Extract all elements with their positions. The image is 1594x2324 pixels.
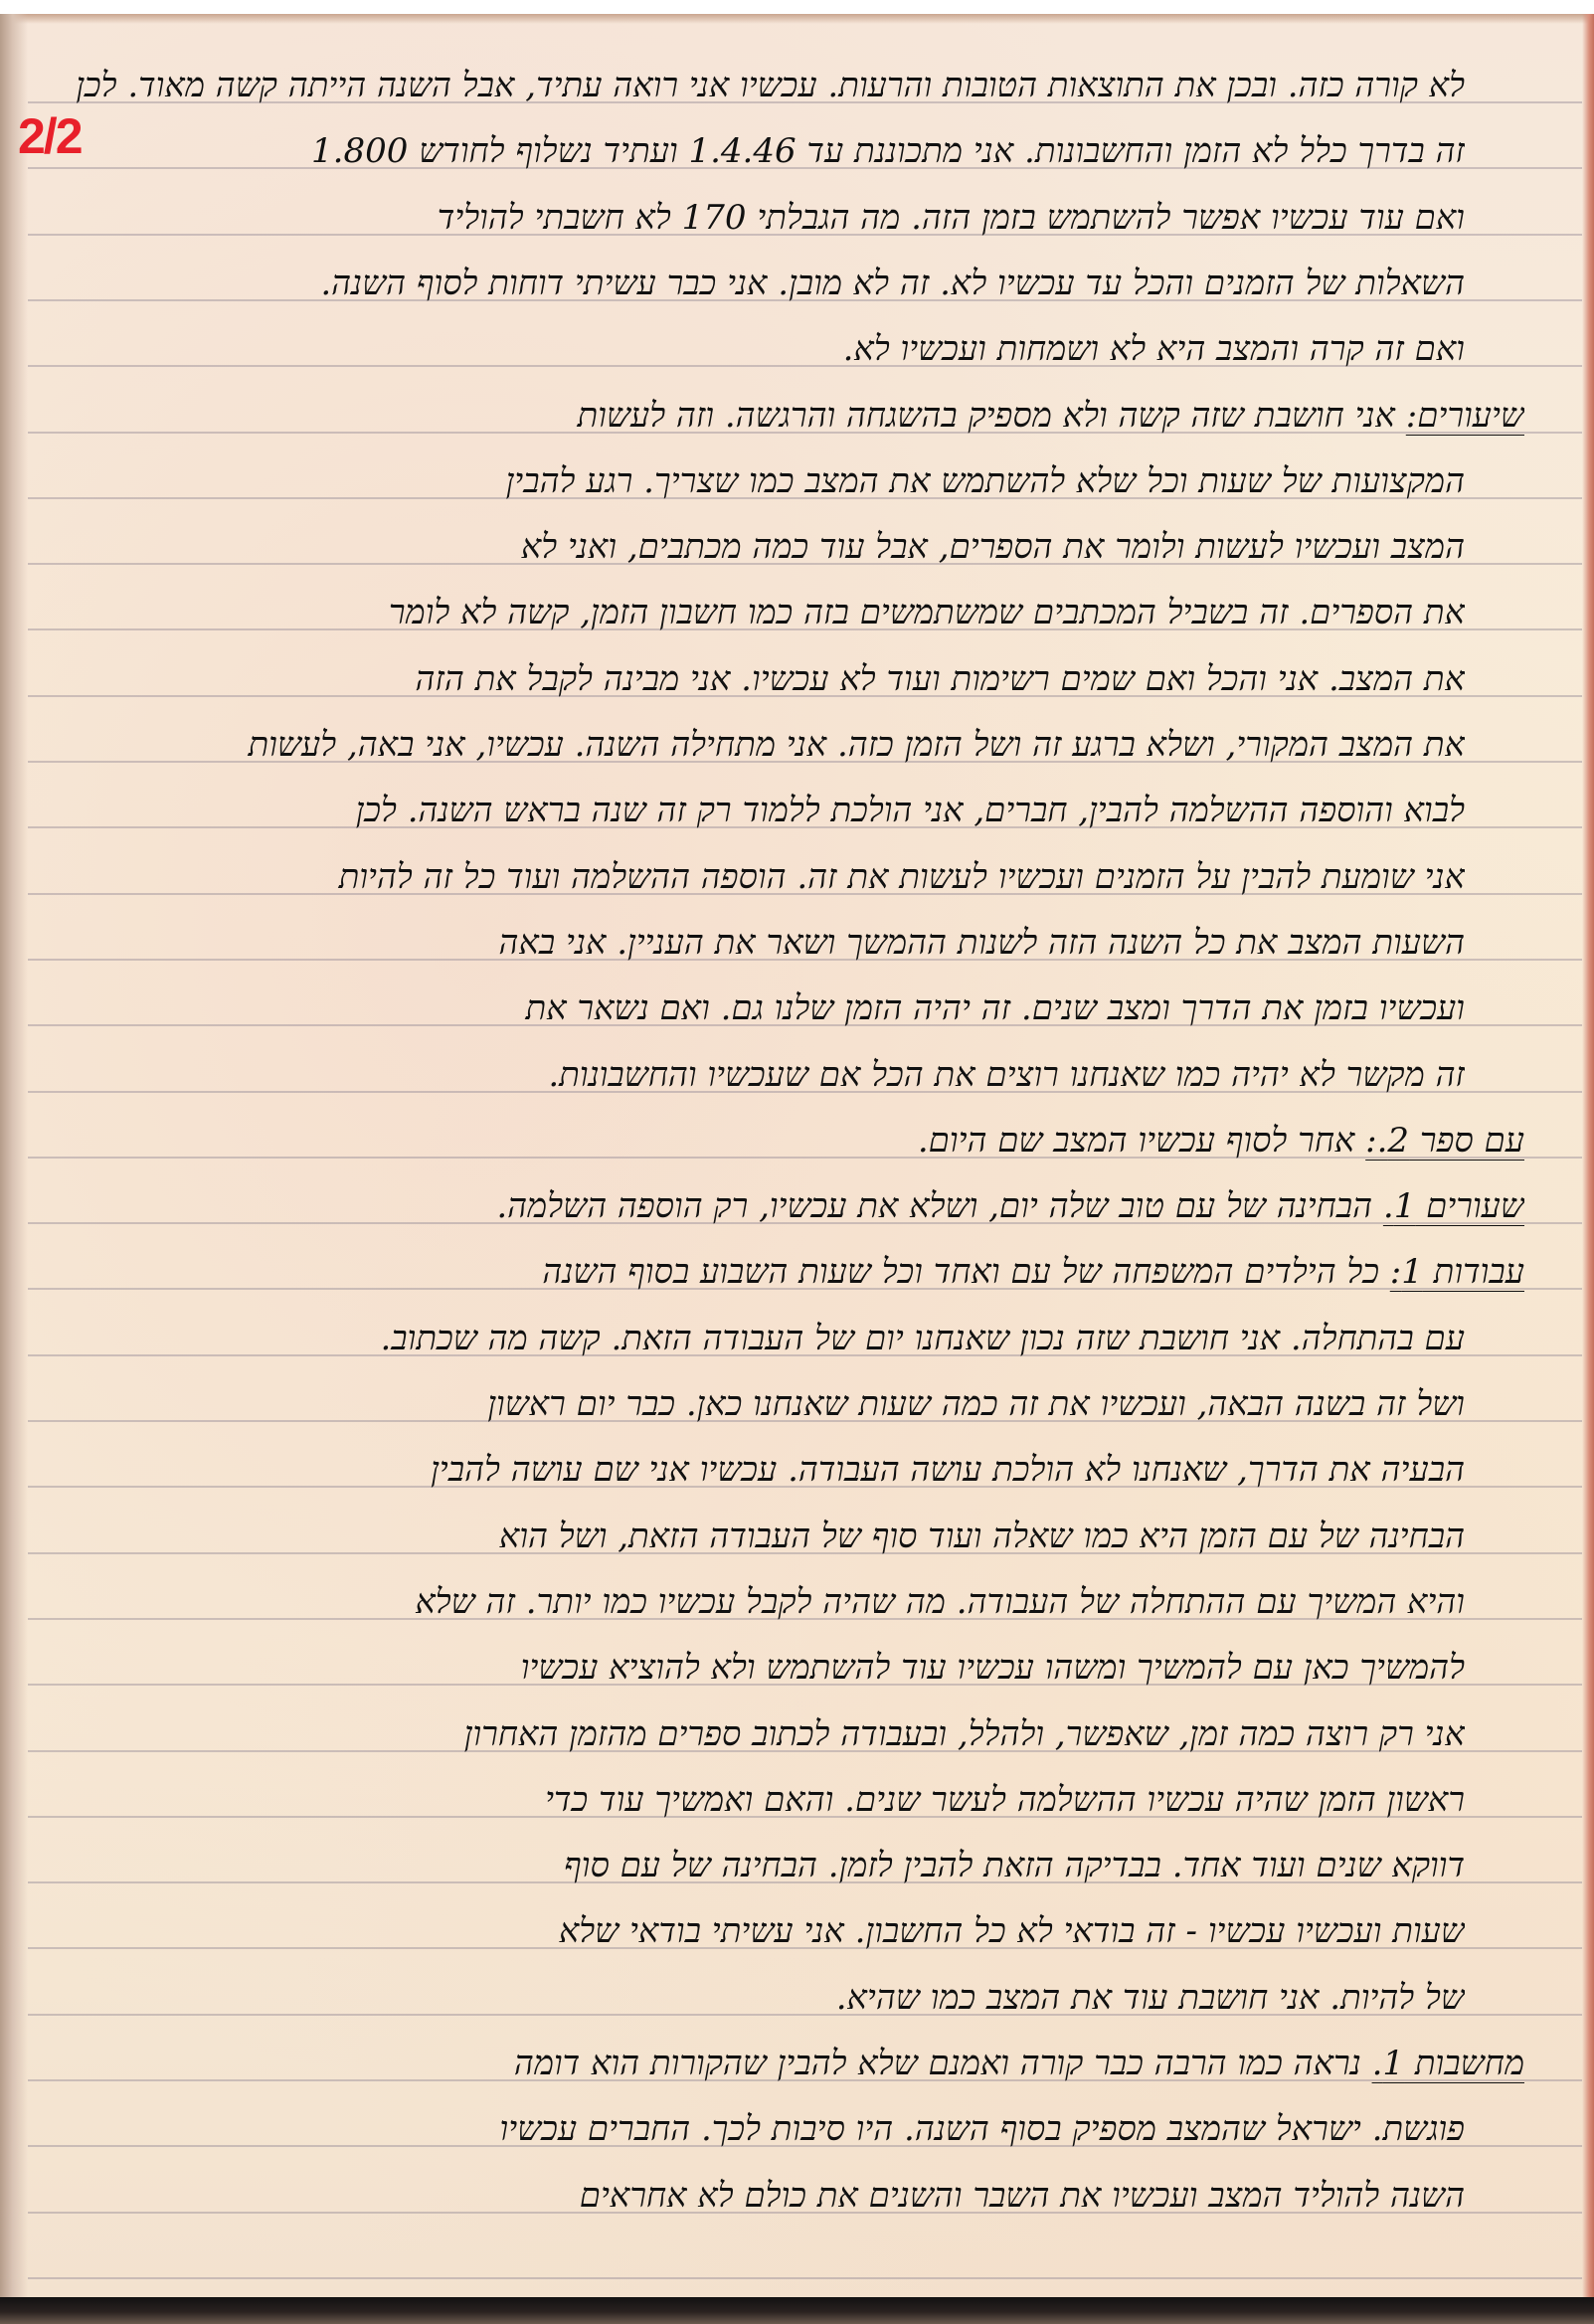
line-text: לבוא והוספה ההשלמה להבין, חברים, אני הול… <box>356 791 1465 830</box>
line-text: והיא המשיך עם ההתחלה של העבודה. מה שהיה … <box>415 1582 1465 1622</box>
line-text: ואם עוד עכשיו אפשר להשתמש בזמן הזה. מה ה… <box>438 198 1465 238</box>
text-line: ראשון הזמן שהיה עכשיו ההשלמה לעשר שנים. … <box>60 1780 1465 1820</box>
line-text: אני חושבת שזה קשה ולא מספיק בהשגחה והרגש… <box>577 396 1395 436</box>
line-text: זה בדרך כלל לא הזמן והחשבונות. אני מתכונ… <box>311 131 1465 171</box>
text-line: ואם עוד עכשיו אפשר להשתמש בזמן הזה. מה ה… <box>60 198 1465 238</box>
section-heading: עבודות 1: <box>1390 1252 1524 1292</box>
text-line: שעות ועכשיו עכשיו - זה בודאי לא כל החשבו… <box>60 1911 1465 1951</box>
scan-bottom-edge <box>0 2297 1594 2324</box>
line-text: זה מקשר לא יהיה כמו שאנחנו רוצים את הכל … <box>548 1055 1465 1095</box>
text-line: דווקא שנים ועוד אחד. בבדיקה הזאת להבין ל… <box>60 1846 1465 1885</box>
text-line: ושל זה בשנה הבאה, ועכשיו את זה כמה שעות … <box>60 1384 1465 1424</box>
line-text: השאלות של הזמנים והכל עד עכשיו לא. זה לא… <box>320 264 1465 303</box>
text-line: השעות המצב את כל השנה הזה לשנות ההמשך וש… <box>60 923 1465 963</box>
text-line: אני רק רוצה כמה זמן, שאפשר, ולהלל, ובעבו… <box>60 1714 1465 1754</box>
section-heading: שיעורים: <box>1406 396 1524 436</box>
text-line: הבחינה של עם הזמן היא כמו שאלה ועוד סוף … <box>60 1517 1465 1556</box>
page-top-edge <box>0 14 1594 24</box>
text-line: השאלות של הזמנים והכל עד עכשיו לא. זה לא… <box>60 264 1465 303</box>
text-line: את המצב המקורי, ושלא ברגע זה ושל הזמן כז… <box>60 725 1465 765</box>
line-text: שעות ועכשיו עכשיו - זה בודאי לא כל החשבו… <box>559 1911 1465 1951</box>
text-line: ועכשיו בזמן את הדרך ומצב שנים. זה יהיה ה… <box>60 988 1465 1028</box>
text-line: אני שומעת להבין על הזמנים ועכשיו לעשות א… <box>60 857 1465 897</box>
line-text: ועכשיו בזמן את הדרך ומצב שנים. זה יהיה ה… <box>525 988 1465 1028</box>
line-text: הבחינה של עם הזמן היא כמו שאלה ועוד סוף … <box>499 1517 1465 1556</box>
text-line: הבעיה את הדרך, שאנחנו לא הולכת עושה העבו… <box>60 1450 1465 1490</box>
section-heading: עם ספר 2.: <box>1365 1121 1524 1161</box>
text-line: שיעורים: אני חושבת שזה קשה ולא מספיק בהש… <box>60 396 1524 436</box>
line-text: את המצב. אני והכל ואם שמים רשימות ועוד ל… <box>415 659 1465 699</box>
text-line: עם בהתחלה. אני חושבת שזה נכון שאנחנו יום… <box>60 1319 1465 1358</box>
line-text: המקצועות של שעות וכל שלא להשתמש את המצב … <box>506 461 1465 501</box>
text-line: את הספרים. זה בשביל המכתבים שמשתמשים בזה… <box>60 593 1465 632</box>
line-text: המצב ועכשיו לעשות ולומר את הספרים, אבל ע… <box>521 527 1465 567</box>
text-line: מחשבות 1. נראה כמו הרבה כבר קורה ואמנם ש… <box>60 2044 1524 2083</box>
line-text: להמשיך כאן עם להמשיך ומשהו עכשיו עוד להש… <box>521 1648 1465 1688</box>
text-line: השנה להוליד המצב ועכשיו את השבר והשנים א… <box>179 2176 1465 2216</box>
text-line: של להיות. אני חושבת עוד את המצב כמו שהיא… <box>418 1978 1465 2018</box>
line-text: של להיות. אני חושבת עוד את המצב כמו שהיא… <box>836 1978 1465 2018</box>
text-line: פוגשת. ישראל שהמצב מספיק בסוף השנה. היו … <box>60 2109 1465 2149</box>
line-text: ראשון הזמן שהיה עכשיו ההשלמה לעשר שנים. … <box>545 1780 1465 1820</box>
page-right-edge <box>1582 14 1594 2297</box>
text-line: לא קורה כזה. ובכן את התוצאות הטובות והרע… <box>60 66 1465 105</box>
text-line: שעורים 1. הבחינה של עם טוב שלה יום, ושלא… <box>60 1186 1524 1226</box>
notebook-page: לא קורה כזה. ובכן את התוצאות הטובות והרע… <box>0 14 1594 2297</box>
line-text: אני רק רוצה כמה זמן, שאפשר, ולהלל, ובעבו… <box>464 1714 1465 1754</box>
text-line: המצב ועכשיו לעשות ולומר את הספרים, אבל ע… <box>60 527 1465 567</box>
line-text: את המצב המקורי, ושלא ברגע זה ושל הזמן כז… <box>249 725 1466 765</box>
text-line: לבוא והוספה ההשלמה להבין, חברים, אני הול… <box>60 791 1465 830</box>
text-line: ואם זה קרה והמצב היא לא ושמחות ועכשיו לא… <box>557 329 1465 369</box>
page-number-label: 2/2 <box>18 107 82 165</box>
text-line: עבודות 1: כל הילדים המשפחה של עם ואחד וכ… <box>60 1252 1524 1292</box>
line-text: את הספרים. זה בשביל המכתבים שמשתמשים בזה… <box>389 593 1465 632</box>
text-line: להמשיך כאן עם להמשיך ומשהו עכשיו עוד להש… <box>60 1648 1465 1688</box>
line-text: ושל זה בשנה הבאה, ועכשיו את זה כמה שעות … <box>487 1384 1465 1424</box>
line-text: לא קורה כזה. ובכן את התוצאות הטובות והרע… <box>76 66 1465 105</box>
line-text: הבעיה את הדרך, שאנחנו לא הולכת עושה העבו… <box>431 1450 1465 1490</box>
line-text: עם בהתחלה. אני חושבת שזה נכון שאנחנו יום… <box>380 1319 1465 1358</box>
line-text: פוגשת. ישראל שהמצב מספיק בסוף השנה. היו … <box>500 2109 1465 2149</box>
text-line: זה בדרך כלל לא הזמן והחשבונות. אני מתכונ… <box>60 131 1465 171</box>
line-text: השנה להוליד המצב ועכשיו את השבר והשנים א… <box>580 2176 1465 2216</box>
line-text: כל הילדים המשפחה של עם ואחד וכל שעות השב… <box>542 1252 1379 1292</box>
section-heading: מחשבות 1. <box>1372 2044 1524 2083</box>
section-heading: שעורים 1. <box>1383 1186 1524 1226</box>
text-line: את המצב. אני והכל ואם שמים רשימות ועוד ל… <box>60 659 1465 699</box>
line-text: הבחינה של עם טוב שלה יום, ושלא את עכשיו,… <box>496 1186 1372 1226</box>
line-text: אני שומעת להבין על הזמנים ועכשיו לעשות א… <box>339 857 1465 897</box>
line-text: ואם זה קרה והמצב היא לא ושמחות ועכשיו לא… <box>843 329 1465 369</box>
line-text: אחר לסוף עכשיו המצב שם היום. <box>918 1121 1355 1161</box>
line-text: דווקא שנים ועוד אחד. בבדיקה הזאת להבין ל… <box>564 1846 1465 1885</box>
text-line: והיא המשיך עם ההתחלה של העבודה. מה שהיה … <box>60 1582 1465 1622</box>
text-line: עם ספר 2.: אחר לסוף עכשיו המצב שם היום. <box>60 1121 1524 1161</box>
notebook-spine <box>0 14 28 2297</box>
line-text: נראה כמו הרבה כבר קורה ואמנם שלא להבין ש… <box>514 2044 1361 2083</box>
line-text: השעות המצב את כל השנה הזה לשנות ההמשך וש… <box>499 923 1465 963</box>
text-line: המקצועות של שעות וכל שלא להשתמש את המצב … <box>60 461 1465 501</box>
ruled-line <box>28 2277 1582 2279</box>
text-line: זה מקשר לא יהיה כמו שאנחנו רוצים את הכל … <box>60 1055 1465 1095</box>
